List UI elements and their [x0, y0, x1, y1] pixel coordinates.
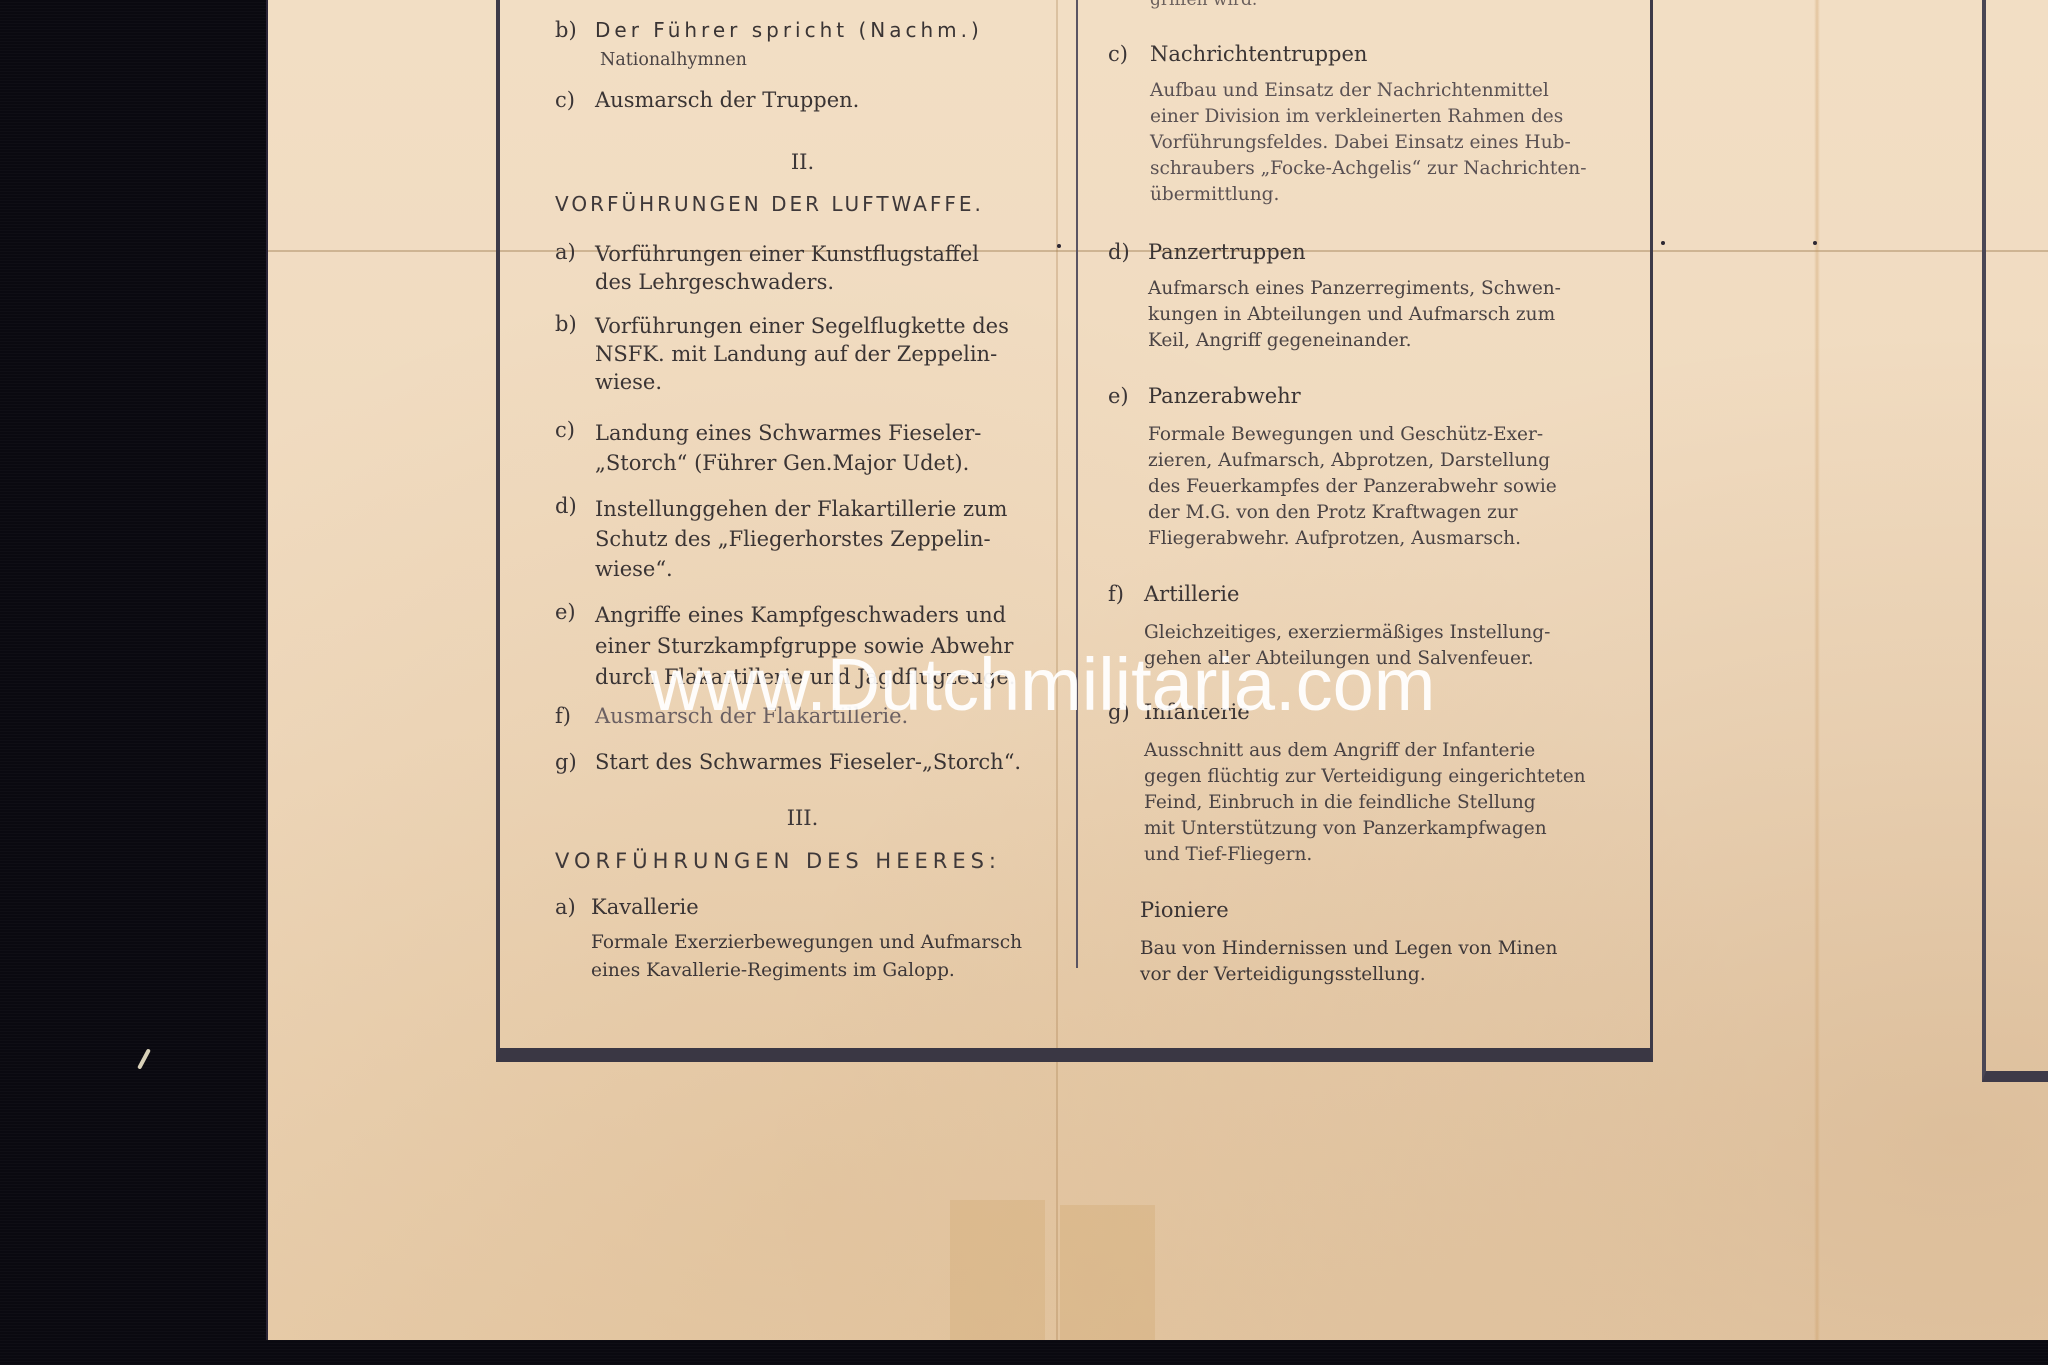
item-label: b) [555, 312, 577, 336]
stain [950, 1200, 1045, 1340]
item-text: Vorführungen einer Kunstflugstaffel des … [595, 240, 979, 296]
item-label: c) [555, 88, 575, 112]
item-title: Pioniere [1140, 898, 1229, 922]
item-description: Formale Bewegungen und Geschütz-Exer- zi… [1148, 422, 1608, 552]
item-description: Aufmarsch eines Panzerregiments, Schwen-… [1148, 276, 1608, 354]
fold-mark [1661, 241, 1665, 245]
item-text: Instellunggehen der Flakartillerie zum S… [595, 494, 1007, 584]
item-description: Bau von Hindernissen und Legen von Minen… [1140, 936, 1600, 988]
item-label: a) [555, 895, 576, 919]
section-heading: VORFÜHRUNGEN DES HEERES: [555, 849, 1050, 873]
section-numeral: III. [555, 806, 1050, 830]
item-label: g) [555, 750, 577, 774]
item-title: Panzertruppen [1148, 240, 1306, 264]
item-subtitle: Nationalhymnen [600, 50, 747, 70]
item-title: Artillerie [1144, 582, 1239, 606]
watermark: www.Dutchmilitaria.com [650, 642, 1435, 727]
item-label: f) [555, 704, 571, 728]
item-text: Landung eines Schwarmes Fieseler- „Storc… [595, 418, 981, 478]
item-label: c) [555, 418, 575, 442]
item-label: b) [555, 18, 577, 42]
right-fold [1814, 0, 1820, 1340]
item-title: Nachrichtentruppen [1150, 42, 1367, 66]
fold-mark [1057, 244, 1061, 248]
item-label: c) [1108, 42, 1128, 66]
partial-text: griffen wird. [1150, 0, 1257, 10]
item-description: Ausschnitt aus dem Angriff der Infanteri… [1144, 738, 1604, 868]
section-heading: VORFÜHRUNGEN DER LUFTWAFFE. [555, 192, 1050, 216]
item-label: a) [555, 240, 576, 264]
item-label: e) [555, 600, 576, 624]
item-title: Panzerabwehr [1148, 384, 1301, 408]
item-title: Der Führer spricht (Nachm.) [595, 18, 983, 42]
item-label: d) [1108, 240, 1130, 264]
item-title: Ausmarsch der Truppen. [595, 88, 859, 112]
item-label: d) [555, 494, 577, 518]
item-label: f) [1108, 582, 1124, 606]
fold-mark [1813, 241, 1817, 245]
item-title: Kavallerie [591, 895, 699, 919]
section-numeral: II. [555, 150, 1050, 174]
item-text: Start des Schwarmes Fieseler-„Storch“. [595, 750, 1021, 774]
item-label: e) [1108, 384, 1129, 408]
stain [1060, 1205, 1155, 1340]
adjacent-page-frame [1982, 0, 2048, 1082]
item-description: Formale Exerzierbewegungen und Aufmarsch… [591, 929, 1051, 985]
item-description: Aufbau und Einsatz der Nachrichtenmittel… [1150, 78, 1610, 208]
column-divider [1076, 0, 1078, 968]
item-text: Vorführungen einer Segelflugkette des NS… [595, 312, 1009, 396]
